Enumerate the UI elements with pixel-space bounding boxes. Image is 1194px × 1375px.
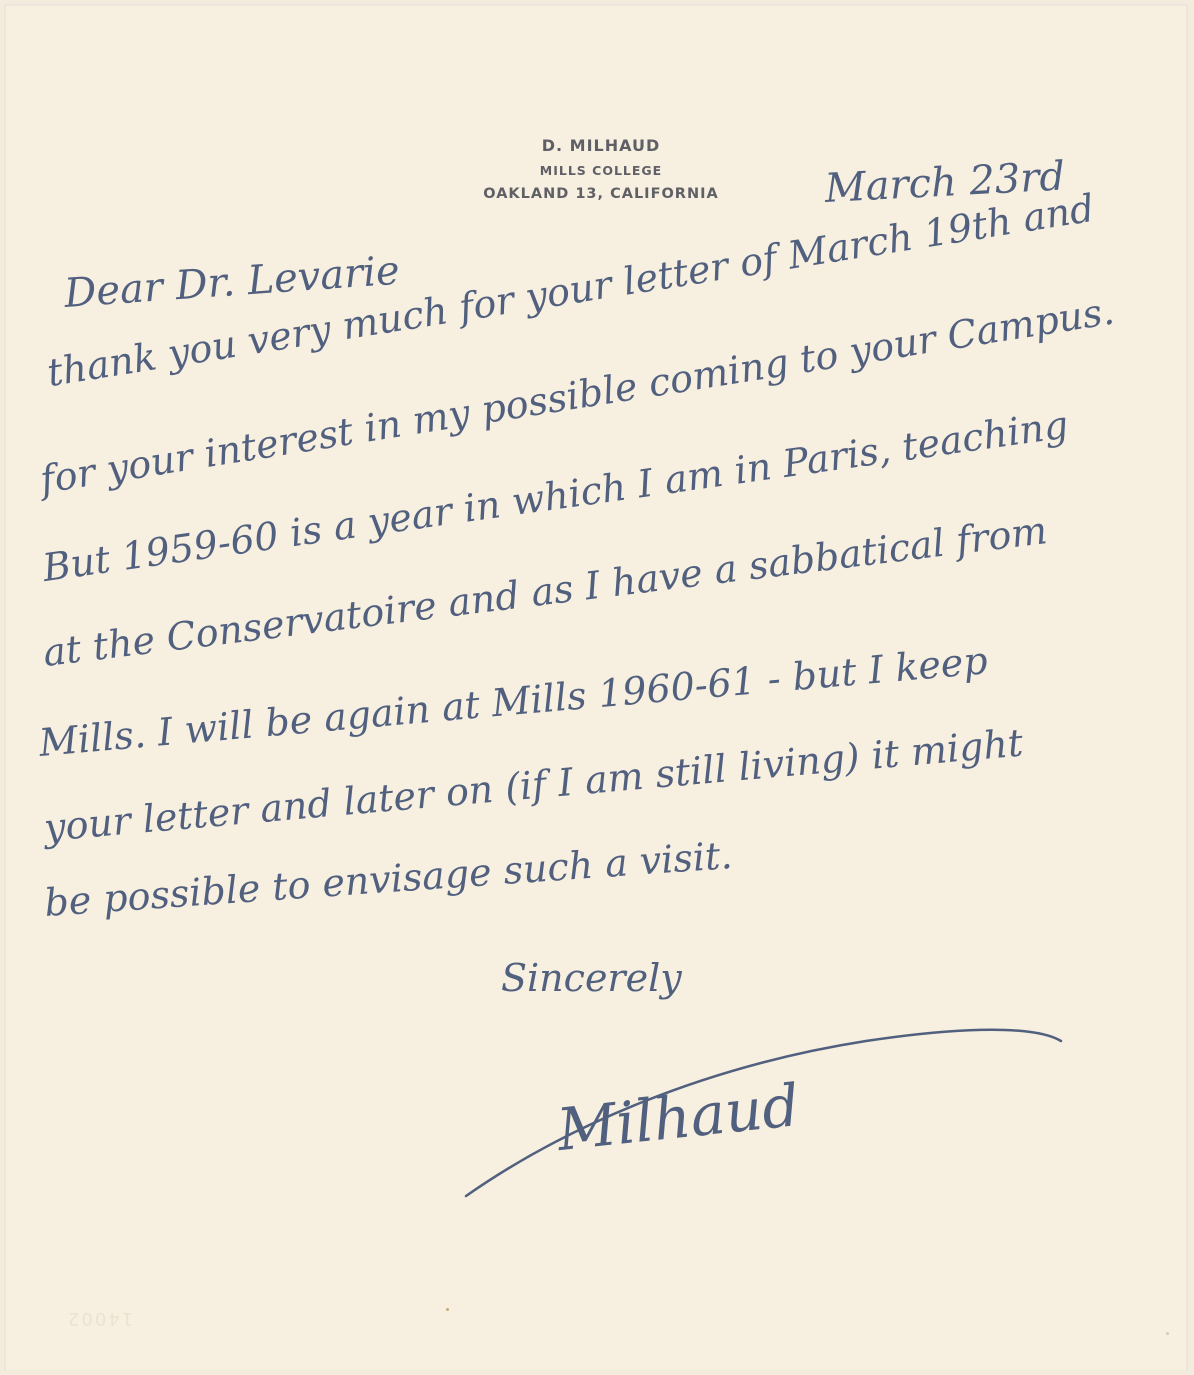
letterhead: D. MILHAUD MILLS COLLEGE OAKLAND 13, CAL… [446, 136, 756, 202]
body-line: be possible to envisage such a visit. [43, 833, 734, 925]
paper-speck [1166, 1332, 1169, 1335]
letterhead-institution: MILLS COLLEGE [446, 163, 756, 178]
letter-sheet: D. MILHAUD MILLS COLLEGE OAKLAND 13, CAL… [4, 4, 1188, 1370]
closing: Sincerely [501, 956, 682, 1000]
paper-speck [446, 1308, 449, 1311]
letterhead-address: OAKLAND 13, CALIFORNIA [446, 186, 756, 202]
letterhead-name: D. MILHAUD [446, 136, 756, 155]
archive-stamp: 14002 [66, 1308, 133, 1329]
